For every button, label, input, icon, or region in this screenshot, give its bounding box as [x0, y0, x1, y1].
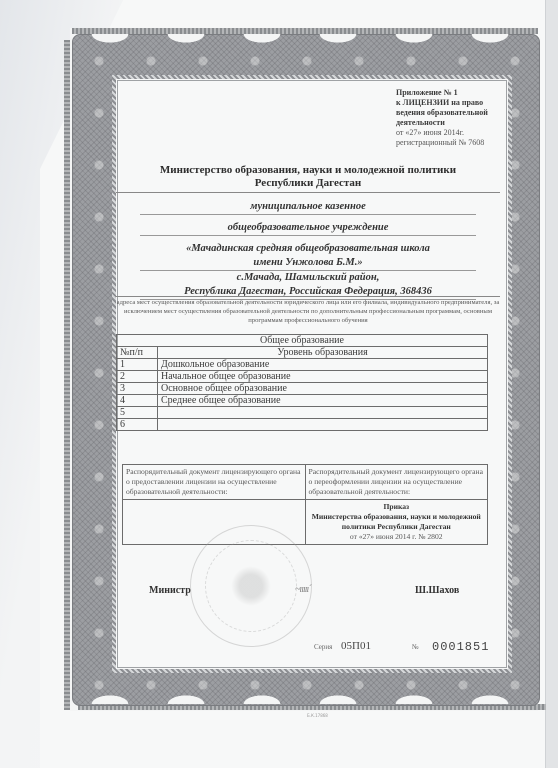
row-number: 3 — [117, 383, 158, 395]
annex-title-line: ведения образовательной — [396, 108, 508, 118]
column-header-number: №п/п — [117, 347, 158, 359]
table-row: 2 Начальное общее образование — [117, 371, 488, 383]
org-name-line: «Мачадинская средняя общеобразовательная… — [140, 242, 476, 256]
table-caption: Общее образование — [117, 335, 488, 347]
row-number: 6 — [117, 419, 158, 431]
table-row: 6 — [117, 419, 488, 431]
issuer-title: Министерство образования, науки и молоде… — [116, 164, 500, 193]
table-row: 3 Основное общее образование — [117, 383, 488, 395]
signatory-position: Министр — [149, 585, 191, 596]
series-label: Серия — [314, 643, 332, 651]
row-number: 5 — [117, 407, 158, 419]
organization-block: муниципальное казенное общеобразовательн… — [140, 200, 476, 300]
series-value: 05П01 — [341, 640, 371, 652]
reissue-order: Приказ Министерства образования, науки и… — [305, 500, 488, 544]
printer-mark: Б.К.17868 — [307, 713, 328, 718]
annex-reg-number: регистрационный № 7608 — [396, 138, 508, 148]
row-level: Дошкольное образование — [158, 359, 488, 371]
row-level: Начальное общее образование — [158, 371, 488, 383]
number-label: № — [412, 643, 419, 651]
reissue-document-label: Распорядительный документ лицензирующего… — [305, 465, 488, 499]
annex-header: Приложение № 1 к ЛИЦЕНЗИИ на право веден… — [396, 88, 508, 148]
order-issuer: Министерства образования, науки и молоде… — [309, 512, 485, 532]
table-row: 1 Дошкольное образование — [117, 359, 488, 371]
grant-document-label: Распорядительный документ лицензирующего… — [123, 465, 305, 499]
administrative-documents-table: Распорядительный документ лицензирующего… — [122, 464, 488, 545]
row-level: Среднее общее образование — [158, 395, 488, 407]
handwritten-signature: ~ııııı´ — [295, 584, 311, 595]
scanner-edge-strip — [545, 0, 558, 768]
number-value: 0001851 — [432, 640, 489, 654]
order-title: Приказ — [309, 502, 485, 512]
annex-title-line: к ЛИЦЕНЗИИ на право — [396, 98, 508, 108]
row-level — [158, 407, 488, 419]
org-type-line: общеобразовательное учреждение — [140, 221, 476, 236]
signatory-name: Ш.Шахов — [415, 585, 459, 596]
annex-title-line: Приложение № 1 — [396, 88, 508, 98]
row-number: 4 — [117, 395, 158, 407]
row-number: 1 — [117, 359, 158, 371]
org-type-line: муниципальное казенное — [140, 200, 476, 215]
issuer-line: Министерство образования, науки и молоде… — [116, 164, 500, 177]
order-date-number: от «27» июня 2014 г. № 2802 — [309, 532, 485, 542]
row-number: 2 — [117, 371, 158, 383]
row-level — [158, 419, 488, 431]
issuer-line: Республики Дагестан — [116, 177, 500, 190]
address-note: адреса мест осуществления образовательно… — [116, 296, 500, 325]
row-level: Основное общее образование — [158, 383, 488, 395]
annex-title-line: деятельности — [396, 118, 508, 128]
column-header-level: Уровень образования — [158, 347, 488, 359]
annex-date: от «27» июня 2014г. — [396, 128, 508, 138]
official-seal-icon — [190, 525, 312, 647]
org-address-line: с.Мачада, Шамильский район, — [140, 271, 476, 285]
table-row: 5 — [117, 407, 488, 419]
document-content: Приложение № 1 к ЛИЦЕНЗИИ на право веден… — [116, 79, 500, 661]
education-levels-table: Общее образование №п/п Уровень образован… — [116, 334, 488, 431]
frame-edge-left — [64, 40, 70, 710]
table-row: 4 Среднее общее образование — [117, 395, 488, 407]
org-name-line: имени Унжолова Б.М.» — [140, 256, 476, 271]
